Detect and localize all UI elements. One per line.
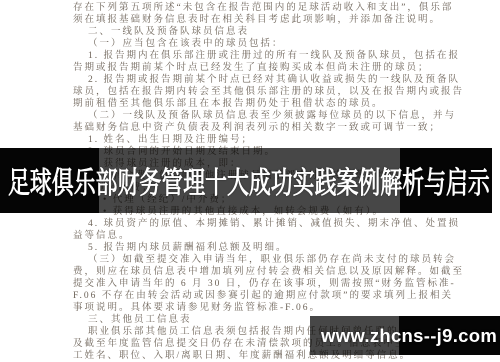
- document-line: 球员，包括在报告期内转会至其他俱乐部注册的球员，以及在报告期内或报告: [73, 86, 465, 98]
- document-line: 2. 报告期或报告期前某个时点已经对其确认收益或损失的一线队及预备队: [73, 74, 465, 86]
- document-line: 期前租借至其他俱乐部且在本报告期仍处于租借状态的球员。: [73, 98, 465, 110]
- document-line: F.06 不存在由转会活动或因参赛引起的逾期应付款项”的要求填列上报相关: [73, 290, 465, 302]
- document-line: 事项说明。具体要求请参见财务监管标准-F.06。: [73, 302, 465, 314]
- watermark-box: www.zhcns--j9.com: [310, 316, 500, 355]
- document-line: 1. 姓名、出生日期及注册编号；: [73, 134, 465, 146]
- document-line: （三）如截至提交准入申请当年，职业俱乐部仍存在尚未支付的球员转会: [73, 254, 465, 266]
- document-line: （二）一线队及预备队球员信息表至少须披露每位球员的以下信息，并与: [73, 110, 465, 122]
- document-line: 提交准入申请当年的 6 月 30 日，仍存在该事项，则需按照“财务监管标准-: [73, 278, 465, 290]
- document-line: 益等信息。: [73, 230, 465, 242]
- document-line: （一）应当包含在该表中的球员包括：: [73, 38, 465, 50]
- document-line: 5. 报告期内球员薪酬福利总额及明细。: [73, 242, 465, 254]
- document-line: 须在填报基础财务信息表时在相关科目考虑此项影响，并添加备注说明。: [73, 14, 465, 26]
- banner-title: 足球俱乐部财务管理十大成功实践案例解析与启示: [8, 169, 493, 199]
- document-line: 二、一线队及预备队球员信息表: [73, 26, 465, 38]
- document-line: 4. 球员资产的原值、本期摊销、累计摊销、减值损失、期末净值、处置损: [73, 218, 465, 230]
- watermark-url-text: www.zhcns--j9.com: [321, 316, 497, 355]
- document-line: 存在下列第五项所述“未包含在报告范围内的足球活动收入和支出”，俱乐部: [73, 2, 465, 14]
- scanned-document-page: 存在下列第五项所述“未包含在报告范围内的足球活动收入和支出”，俱乐部须在填报基础…: [0, 0, 500, 362]
- document-line: 费，则应在球员信息表中增加填列应付转会费相关信息以及原因解释。如截至: [73, 266, 465, 278]
- document-line: 告期或报告期前某个时点已经发生了直接购买成本但尚未注册的球员；: [73, 62, 465, 74]
- title-banner: 足球俱乐部财务管理十大成功实践案例解析与启示: [0, 148, 492, 213]
- document-line: 基础财务信息中资产负债表及利润表列示的相关数字一致或可调节一致；: [73, 122, 465, 134]
- document-line: 1. 报告期内在俱乐部注册或注册过的所有一线队及预备队球员，包括在报: [73, 50, 465, 62]
